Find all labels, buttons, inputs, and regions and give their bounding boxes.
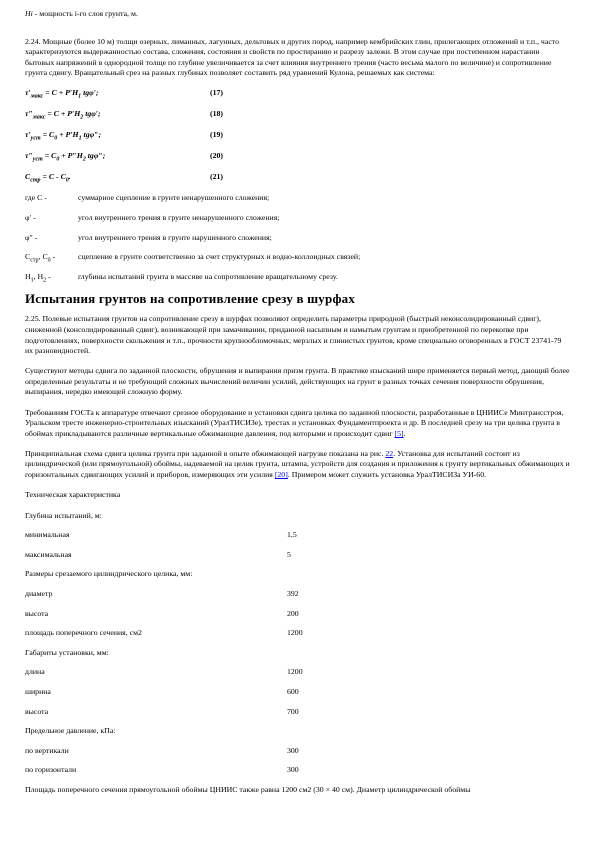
formula-text: = С — [43, 151, 57, 160]
formula-text: , Н — [34, 272, 44, 281]
equation-number: (21) — [210, 172, 223, 183]
formula-text: tgφ′; — [83, 109, 100, 118]
spec-row: высота200 — [25, 609, 570, 620]
gost-text-after: . — [404, 429, 406, 438]
spec-label: минимальная — [25, 530, 70, 539]
formula-subscript: стр — [30, 258, 38, 264]
spec-label: Глубина испытаний, м: — [25, 511, 102, 520]
spec-label: диаметр — [25, 589, 52, 598]
spec-row: максимальная5 — [25, 550, 570, 561]
definition-term: φ″ - — [25, 233, 78, 244]
definition-term: φ′ - — [25, 213, 78, 224]
spec-label: длина — [25, 667, 45, 676]
equation: τ″макс = С + Р′Н2 tgφ′;(18) — [25, 109, 570, 120]
formula-text: - — [46, 272, 51, 281]
formula-text: tgφ′; — [81, 88, 98, 97]
paragraph-2-25: 2.25. Полевые испытания грунтов на сопро… — [25, 314, 570, 356]
equation: Сстр = С - С0.(21) — [25, 172, 570, 183]
equation-formula: τ″уст = С0 + Р″Н2 tgφ″; — [25, 151, 105, 160]
formula-text: = С — [41, 130, 55, 139]
formula-text: tgφ″; — [86, 151, 105, 160]
formula-subscript: уст — [33, 157, 43, 163]
definition-desc: сцепление в грунте соответственно за сче… — [78, 252, 570, 263]
formula-text: = С + Р′Н — [45, 109, 80, 118]
spec-label: по горизонтали — [25, 765, 76, 774]
formula-text: где С - — [25, 193, 47, 202]
formula-text: + Р″Н — [59, 151, 82, 160]
spec-label: площадь поперечного сечения, см2 — [25, 628, 142, 637]
closing-paragraph: Площадь поперечного сечения прямоугольно… — [25, 785, 570, 796]
spec-row: Глубина испытаний, м: — [25, 511, 570, 522]
equation-number: (19) — [210, 130, 223, 141]
spec-value: 200 — [287, 609, 299, 620]
spec-row: по вертикали300 — [25, 746, 570, 757]
equation-number: (18) — [210, 109, 223, 120]
equation: τ′уст = С0 + Р′Н1 tgφ″;(19) — [25, 130, 570, 141]
spec-value: 5 — [287, 550, 291, 561]
definition-desc: суммарное сцепление в грунте ненарушенно… — [78, 193, 570, 204]
spec-value: 700 — [287, 707, 299, 718]
formula-text: - — [51, 252, 56, 261]
definition-term: Н1, Н2 - — [25, 272, 78, 283]
spec-row: длина1200 — [25, 667, 570, 678]
spec-label: ширина — [25, 687, 51, 696]
spec-row: Габариты установки, мм: — [25, 648, 570, 659]
definition-row: φ″ -угол внутреннего трения в грунте нар… — [25, 233, 570, 244]
formula-subscript: макс — [33, 115, 46, 121]
definition-row: Н1, Н2 -глубины испытаний грунта в масси… — [25, 272, 570, 283]
spec-label: по вертикали — [25, 746, 69, 755]
spec-label: высота — [25, 609, 48, 618]
spec-row: ширина600 — [25, 687, 570, 698]
spec-row: диаметр392 — [25, 589, 570, 600]
equation-formula: Сстр = С - С0. — [25, 172, 71, 181]
definition-desc: угол внутреннего трения в грунте ненаруш… — [78, 213, 570, 224]
paragraph-2-24: 2.24. Мощные (более 10 м) толщи озерных,… — [25, 37, 570, 79]
equation-number: (17) — [210, 88, 223, 99]
spec-label: высота — [25, 707, 48, 716]
specs-block: Глубина испытаний, м:минимальная1,5макси… — [25, 511, 570, 776]
equation-formula: τ″макс = С + Р′Н2 tgφ′; — [25, 109, 101, 118]
definition-row: Сстр, С0 -сцепление в грунте соответстве… — [25, 252, 570, 263]
definition-term: где С - — [25, 193, 78, 204]
definition-desc: угол внутреннего трения в грунте нарушен… — [78, 233, 570, 244]
definition-row: где С -суммарное сцепление в грунте нена… — [25, 193, 570, 204]
spec-value: 1200 — [287, 628, 303, 639]
spec-value: 300 — [287, 746, 299, 757]
formula-text: φ″ - — [25, 233, 37, 242]
spec-row: минимальная1,5 — [25, 530, 570, 541]
ref-link-20[interactable]: [20] — [275, 470, 288, 479]
intro-text: - мощность i-го слоя грунта, м. — [33, 9, 138, 18]
tech-characteristics-title: Техническая характеристика — [25, 490, 570, 501]
spec-label: максимальная — [25, 550, 72, 559]
paragraph-methods: Существуют методы сдвига по заданной пло… — [25, 366, 570, 398]
formula-text: . — [69, 172, 71, 181]
paragraph-gost: Требованиям ГОСТа к аппаратуре отвечают … — [25, 408, 570, 440]
section-heading: Испытания грунтов на сопротивление срезу… — [25, 291, 570, 306]
spec-value: 600 — [287, 687, 299, 698]
formula-text: φ′ - — [25, 213, 36, 222]
equation-formula: τ′макс = С + Р′Н1 tgφ′; — [25, 88, 99, 97]
spec-row: площадь поперечного сечения, см21200 — [25, 628, 570, 639]
document-page: Hi - мощность i-го слоя грунта, м. 2.24.… — [0, 0, 595, 796]
formula-subscript: стр — [30, 178, 40, 184]
definition-row: φ′ -угол внутреннего трения в грунте нен… — [25, 213, 570, 224]
spec-value: 1200 — [287, 667, 303, 678]
formula-text: = С + Р′Н — [43, 88, 78, 97]
spec-value: 1,5 — [287, 530, 297, 541]
intro-line: Hi - мощность i-го слоя грунта, м. — [25, 9, 570, 20]
formula-text: tgφ″; — [82, 130, 101, 139]
spec-row: Предельное давление, кПа: — [25, 726, 570, 737]
spec-row: по горизонтали300 — [25, 765, 570, 776]
equation: τ′макс = С + Р′Н1 tgφ′;(17) — [25, 88, 570, 99]
spec-label: Размеры срезаемого цилиндрического целик… — [25, 569, 192, 578]
intro-variable: Hi — [25, 9, 33, 18]
spec-label: Габариты установки, мм: — [25, 648, 109, 657]
definition-term: Сстр, С0 - — [25, 252, 78, 263]
scheme-text-3: . Примером может служить установка УралТ… — [288, 470, 486, 479]
formula-subscript: уст — [31, 136, 41, 142]
equation-formula: τ′уст = С0 + Р′Н1 tgφ″; — [25, 130, 101, 139]
formula-text: τ″ — [25, 151, 33, 160]
spec-row: Размеры срезаемого цилиндрического целик… — [25, 569, 570, 580]
spec-value: 300 — [287, 765, 299, 776]
definition-desc: глубины испытаний грунта в массиве на со… — [78, 272, 570, 283]
ref-link-5[interactable]: [5] — [395, 429, 404, 438]
spec-row: высота700 — [25, 707, 570, 718]
definitions-block: где С -суммарное сцепление в грунте нена… — [25, 193, 570, 282]
equation: τ″уст = С0 + Р″Н2 tgφ″;(20) — [25, 151, 570, 162]
formula-text: + Р′Н — [57, 130, 78, 139]
spec-label: Предельное давление, кПа: — [25, 726, 115, 735]
formula-text: , С — [39, 252, 48, 261]
gost-text-before: Требованиям ГОСТа к аппаратуре отвечают … — [25, 408, 564, 438]
scheme-text-1: Принципиальная схема сдвига целика грунт… — [25, 449, 385, 458]
equations-block: τ′макс = С + Р′Н1 tgφ′;(17)τ″макс = С + … — [25, 88, 570, 183]
formula-text: τ″ — [25, 109, 33, 118]
equation-number: (20) — [210, 151, 223, 162]
formula-text: = С - С — [41, 172, 66, 181]
formula-subscript: макс — [31, 94, 44, 100]
paragraph-scheme: Принципиальная схема сдвига целика грунт… — [25, 449, 570, 481]
spec-value: 392 — [287, 589, 299, 600]
